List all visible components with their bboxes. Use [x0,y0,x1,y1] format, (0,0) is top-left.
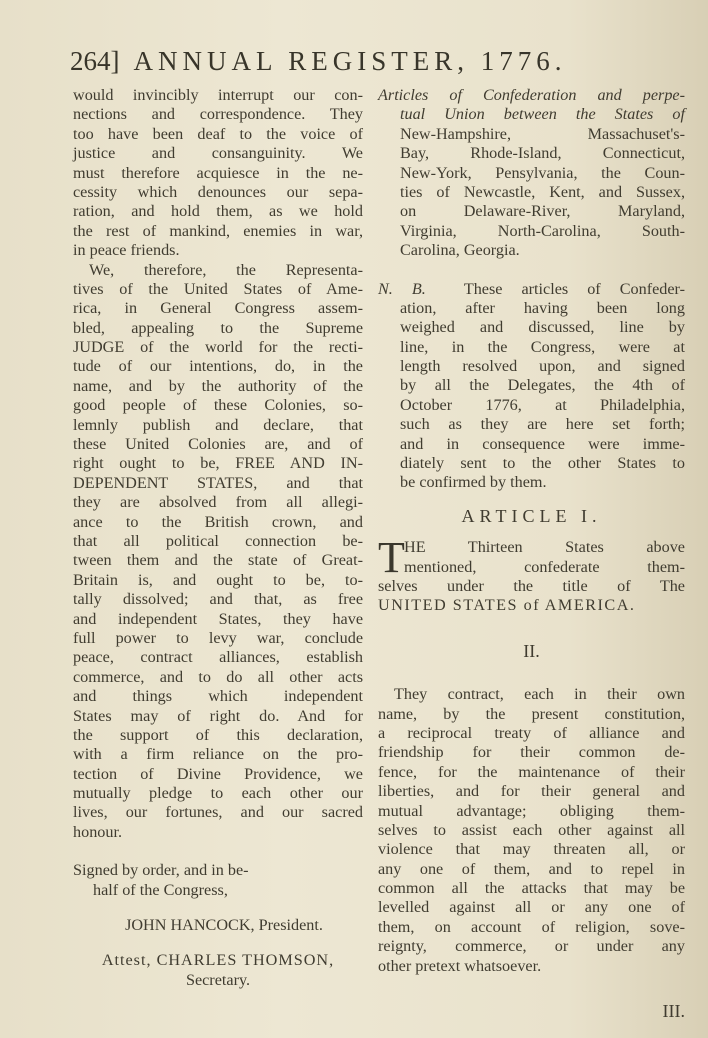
article-1-body: T HE Thirteen States above mentioned, co… [378,538,685,616]
text-line: tives of the United States of Ame- [73,280,363,299]
text-line: New-Hampshire, Massachuset's- [378,125,685,144]
text-line: tween them and the state of Great- [73,551,363,570]
text-line: be confirmed by them. [378,473,685,492]
text-line: such as they are here set forth; [378,415,685,434]
text-line: friendship for their common de- [378,743,685,762]
text-line: bled, appealing to the Supreme [73,319,363,338]
book-page: 264]ANNUAL REGISTER, 1776. would invinci… [0,0,708,1038]
text-line: them, on account of religion, sove- [378,918,685,937]
text-line: mutual advantage; obliging them- [378,802,685,821]
text-line: Britain is, and ought to be, to- [73,571,363,590]
text-line: selves under the title of The [378,577,685,596]
text-line: tual Union between the States of [378,105,685,124]
nota-bene: N. B. These articles of Confeder- ation,… [378,280,685,493]
text-line: JUDGE of the world for the recti- [73,338,363,357]
text-line: and things which independent [73,687,363,706]
header-title: ANNUAL REGISTER, 1776. [134,46,567,76]
text-line: must therefore acquiesce in the ne- [73,164,363,183]
text-line: HE Thirteen States above [378,538,685,557]
text-line: mentioned, confederate them- [378,558,685,577]
signed-line: half of the Congress, [73,881,363,900]
text-line: New-York, Pensylvania, the Coun- [378,164,685,183]
article-2-heading: II. [378,642,685,661]
left-column: would invincibly interrupt our con- nect… [73,86,363,990]
text-line: honour. [73,823,363,842]
text-line: with a firm reliance on the pro- [73,745,363,764]
text-line: good people of these Colonies, so- [73,396,363,415]
text-line: too have been deaf to the voice of [73,125,363,144]
president-signature: JOHN HANCOCK, President. [73,916,363,935]
text-line: a reciprocal treaty of alliance and [378,724,685,743]
text-line: name, by the present constitution, [378,705,685,724]
article-1-heading: ARTICLE I. [378,507,685,526]
text-line: and independent States, they have [73,610,363,629]
text-line: mutually pledge to each other our [73,784,363,803]
text-line: lemnly publish and declare, that [73,416,363,435]
text-line: UNITED STATES of AMERICA. [378,596,685,615]
text-line: the rest of mankind, enemies in war, [73,222,363,241]
text-line: line, in the Congress, were at [378,338,685,357]
text-line: commerce, and to do all other acts [73,668,363,687]
attest-line: Attest, CHARLES THOMSON, [73,951,363,970]
text-line: levelled against all or any one of [378,898,685,917]
states-list: New-Hampshire, Massachuset's- Bay, Rhode… [378,125,685,261]
text-line: cessity which denounces our sepa- [73,183,363,202]
text-line: tude of our intentions, do, in the [73,357,363,376]
text-line: DEPENDENT STATES, and that [73,474,363,493]
text-line: Carolina, Georgia. [378,241,685,260]
text-line: rica, in General Congress assem- [73,299,363,318]
text-line: length resolved upon, and signed [378,357,685,376]
text-line: violence that may threaten all, or [378,840,685,859]
text-line: Bay, Rhode-Island, Connecticut, [378,144,685,163]
text-line: peace, contract alliances, establish [73,648,363,667]
signature-block: Signed by order, and in be- half of the … [73,861,363,990]
text-line: Virginia, North-Carolina, South- [378,222,685,241]
text-line: they are absolved from all allegi- [73,493,363,512]
running-header: 264]ANNUAL REGISTER, 1776. [70,46,670,77]
article-2-body: They contract, each in their own name, b… [378,685,685,976]
text-line: on Delaware-River, Maryland, [378,202,685,221]
text-line: ance to the British crown, and [73,513,363,532]
text-line: other pretext whatsoever. [378,957,685,976]
text-line: the support of this declaration, [73,726,363,745]
text-line: ties of Newcastle, Kent, and Sussex, [378,183,685,202]
secretary-title: Secretary. [73,971,363,990]
page-number: 264] [70,46,120,76]
catchword: III. [378,1002,685,1021]
text-line: in peace friends. [73,241,363,260]
text-line: these United Colonies are, and of [73,435,363,454]
articles-title: Articles of Confederation and perpe- tua… [378,86,685,125]
text-line: Articles of Confederation and perpe- [378,86,685,105]
text-line: selves to assist each other against all [378,821,685,840]
right-column: Articles of Confederation and perpe- tua… [378,86,685,1021]
text-line: ation, after having been long [378,299,685,318]
text-line: common all the attacks that may be [378,879,685,898]
text-line: and in consequence were imme- [378,435,685,454]
text-line: States may of right do. And for [73,707,363,726]
text-line: weighed and discussed, line by [378,318,685,337]
text-line: would invincibly interrupt our con- [73,86,363,105]
text-line: They contract, each in their own [378,685,685,704]
text-line: ration, and hold them, as we hold [73,202,363,221]
text-line: any one of them, and to repel in [378,860,685,879]
text-line: N. B. These articles of Confeder- [378,280,685,299]
text-line: full power to levy war, conclude [73,629,363,648]
declaration-paragraph-2: We, therefore, the Representa- tives of … [73,261,363,843]
text-line: tection of Divine Providence, we [73,765,363,784]
text-line: October 1776, at Philadelphia, [378,396,685,415]
text-line: fence, for the maintenance of their [378,763,685,782]
text-line: nections and correspondence. They [73,105,363,124]
text-line: justice and consanguinity. We [73,144,363,163]
text-line: name, and by the authority of the [73,377,363,396]
text-line: by all the Delegates, the 4th of [378,376,685,395]
text-line: reignty, commerce, or under any [378,937,685,956]
text-line: right ought to be, FREE AND IN- [73,454,363,473]
declaration-paragraph-1: would invincibly interrupt our con- nect… [73,86,363,261]
signed-line: Signed by order, and in be- [73,861,363,880]
text-line: liberties, and for their general and [378,782,685,801]
drop-cap: T [378,540,405,576]
nb-label: N. B. [378,280,426,298]
text-line: diately sent to the other States to [378,454,685,473]
text-line: lives, our fortunes, and our sacred [73,803,363,822]
text-line: tally dissolved; and that, as free [73,590,363,609]
text-line: that all political connection be- [73,532,363,551]
text-line: We, therefore, the Representa- [73,261,363,280]
